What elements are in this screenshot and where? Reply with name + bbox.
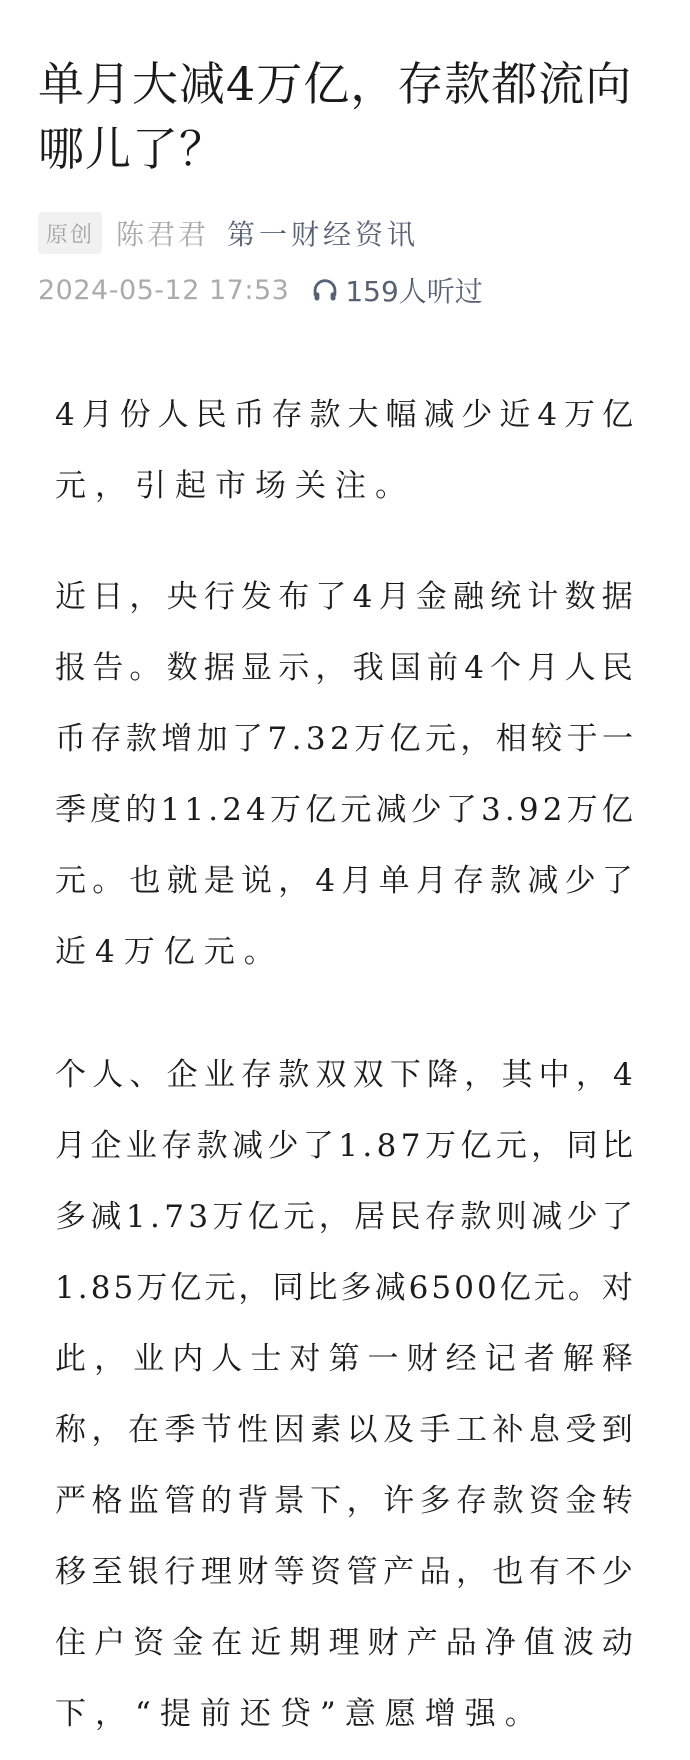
publish-info-row: 2024-05-12 17:53 159人听过: [38, 270, 483, 310]
paragraph-3: 个人、企业存款双双下降，其中，4 月企业存款减少了1.87万亿元，同比 多减1.…: [55, 1040, 633, 1750]
paragraph-line: 近日，央行发布了4月金融统计数据: [55, 562, 633, 633]
paragraph-line: 多减1.73万亿元，居民存款则减少了: [55, 1182, 633, 1253]
author-name[interactable]: 陈君君: [116, 213, 209, 253]
paragraph-line: 近4万亿元。: [55, 917, 633, 988]
paragraph-line: 此，业内人士对第一财经记者解释: [55, 1324, 633, 1395]
paragraph-line: 季度的11.24万亿元减少了3.92万亿: [55, 775, 633, 846]
paragraph-line: 月企业存款减少了1.87万亿元，同比: [55, 1111, 633, 1182]
paragraph-line: 币存款增加了7.32万亿元，相较于一: [55, 704, 633, 775]
paragraph-line: 称，在季节性因素以及手工补息受到: [55, 1395, 633, 1466]
paragraph-line: 个人、企业存款双双下降，其中，4: [55, 1040, 633, 1111]
paragraph-line: 住户资金在近期理财产品净值波动: [55, 1608, 633, 1679]
byline-row: 原创 陈君君 第一财经资讯: [38, 211, 419, 255]
listen-audio-button[interactable]: 159人听过: [311, 270, 482, 310]
listen-count: 159人听过: [345, 270, 482, 310]
paragraph-line: 元，引起市场关注。: [55, 451, 633, 522]
paragraph-line: 4月份人民币存款大幅减少近4万亿: [55, 380, 633, 451]
publish-datetime: 2024-05-12 17:53: [38, 275, 289, 306]
paragraph-1: 4月份人民币存款大幅减少近4万亿 元，引起市场关注。: [55, 380, 633, 522]
paragraph-2: 近日，央行发布了4月金融统计数据 报告。数据显示，我国前4个月人民 币存款增加了…: [55, 562, 633, 988]
headphones-icon: [311, 276, 339, 304]
title-line-2: 哪儿了？: [38, 117, 658, 182]
paragraph-line: 1.85万亿元，同比多减6500亿元。对: [55, 1253, 633, 1324]
paragraph-line: 元。也就是说，4月单月存款减少了: [55, 846, 633, 917]
paragraph-line: 严格监管的背景下，许多存款资金转: [55, 1466, 633, 1537]
article-title: 单月大减4万亿，存款都流向 哪儿了？: [38, 52, 658, 182]
paragraph-line: 报告。数据显示，我国前4个月人民: [55, 633, 633, 704]
paragraph-line: 移至银行理财等资管产品，也有不少: [55, 1537, 633, 1608]
title-line-1: 单月大减4万亿，存款都流向: [38, 52, 658, 117]
original-badge: 原创: [38, 212, 102, 254]
paragraph-line: 下，“提前还贷”意愿增强。: [55, 1679, 633, 1750]
source-name[interactable]: 第一财经资讯: [227, 213, 419, 253]
